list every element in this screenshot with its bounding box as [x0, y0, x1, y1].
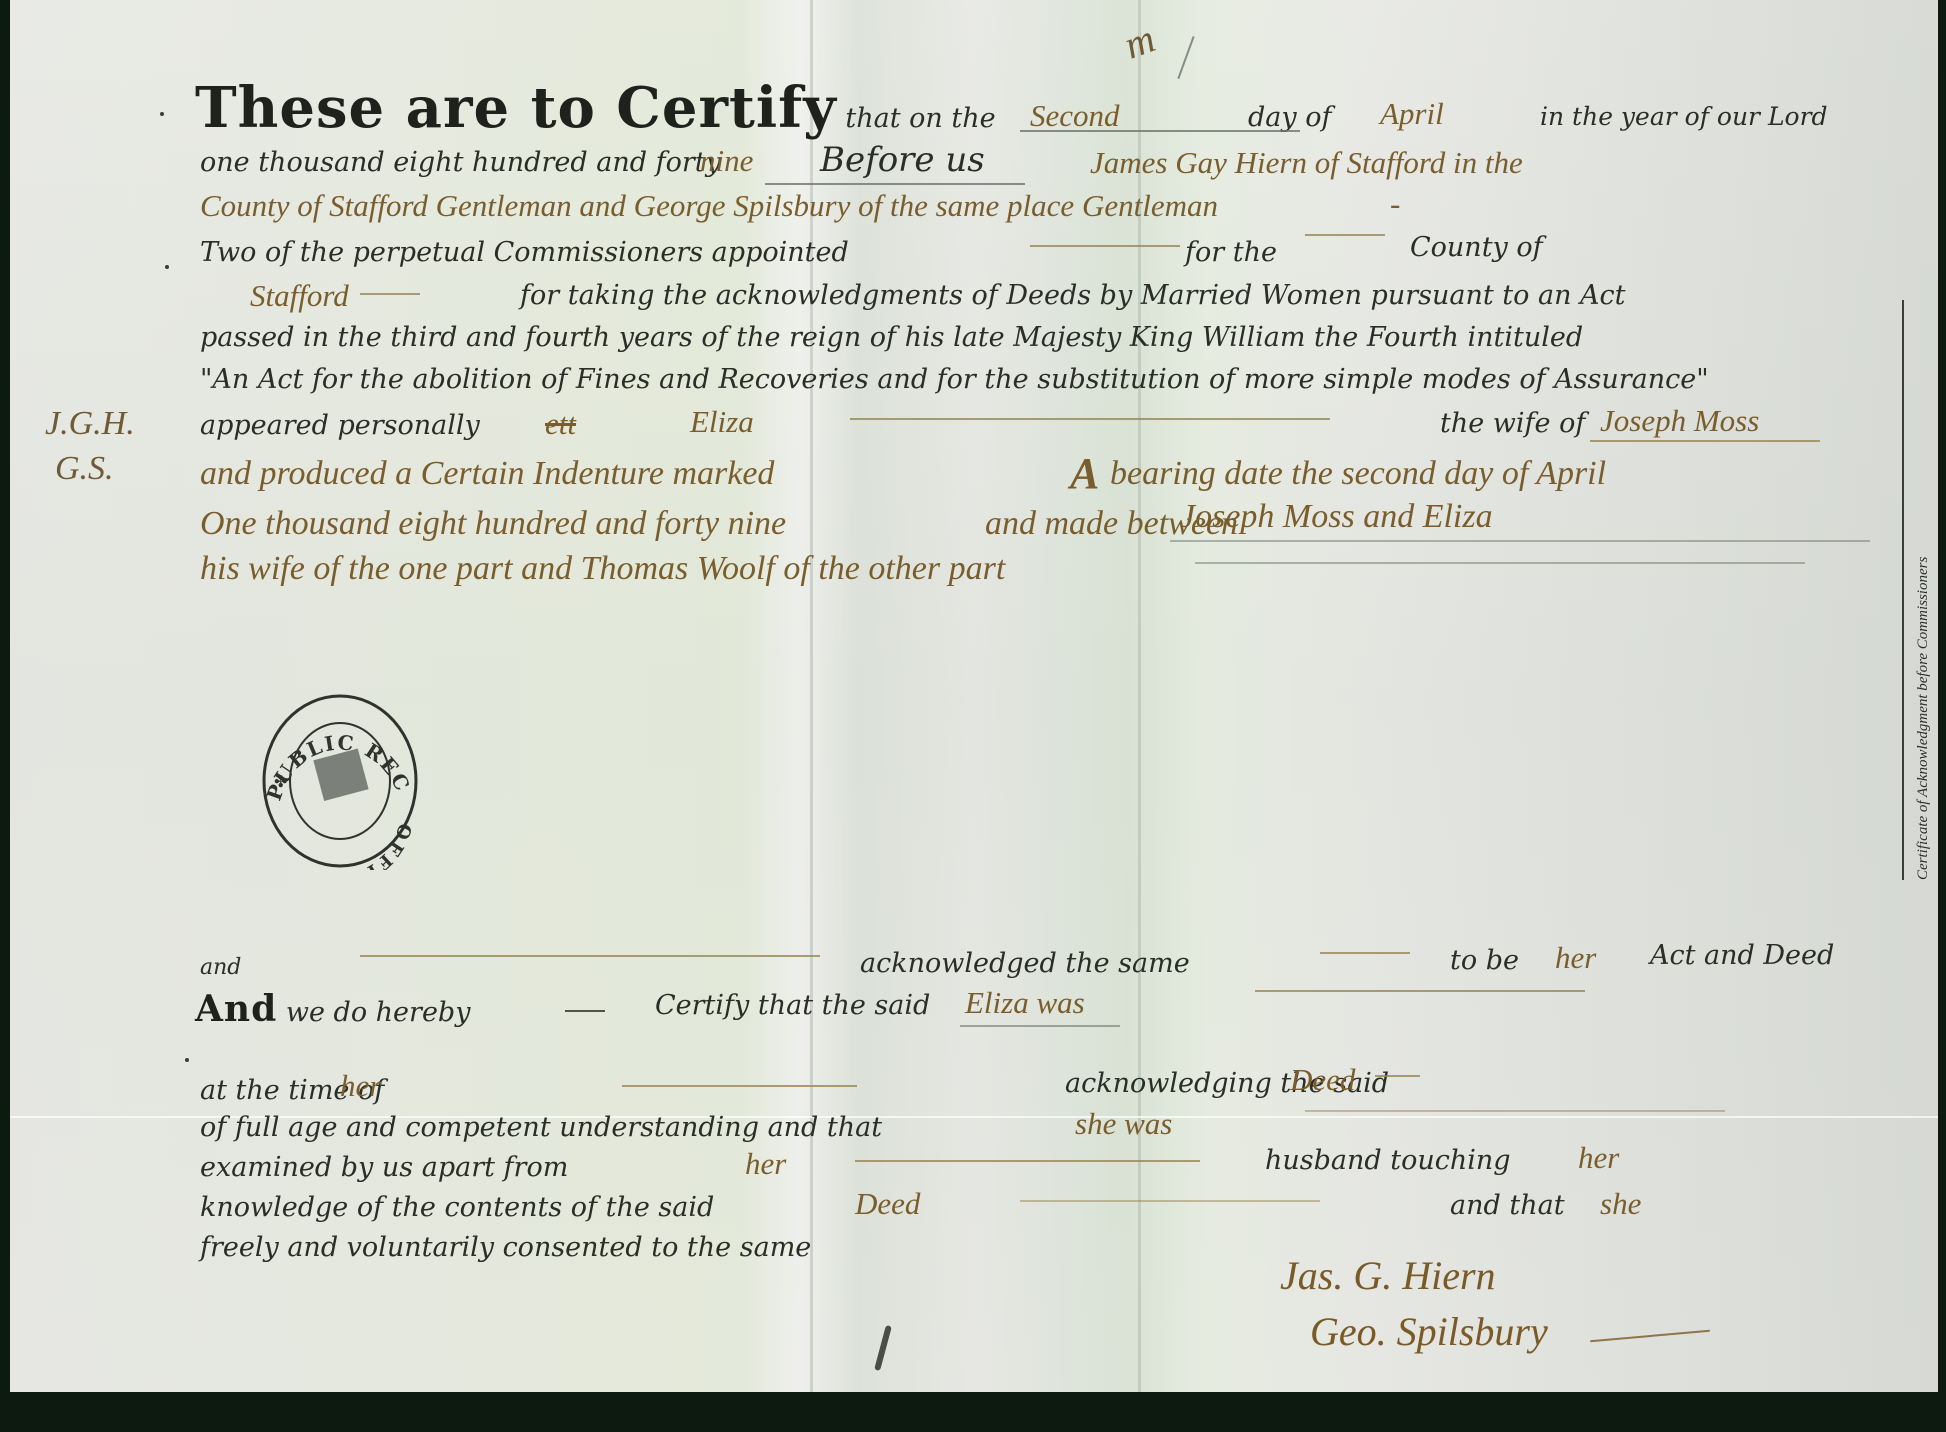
pronoun-field: she — [1600, 1186, 1641, 1222]
blank-line — [1020, 1200, 1320, 1202]
commissioner-field: County of Stafford Gentleman and George … — [200, 188, 1218, 224]
margin-initials: G.S. — [55, 450, 114, 488]
svg-text:✤: ✤ — [274, 772, 287, 791]
text: "An Act for the abolition of Fines and R… — [200, 364, 1709, 395]
wife-name-field: Eliza was — [965, 985, 1085, 1021]
text: and — [200, 955, 241, 980]
blank-line — [1305, 1110, 1725, 1112]
text: appeared personally — [200, 410, 480, 441]
day-field: Second — [1030, 98, 1120, 134]
wife-name-field: Eliza — [690, 404, 754, 440]
text: for the — [1185, 237, 1277, 268]
underline — [1590, 440, 1820, 442]
signature-spilsbury: Geo. Spilsbury — [1310, 1308, 1548, 1355]
blank-line — [1320, 952, 1410, 954]
blank-line — [1375, 1075, 1420, 1077]
pronoun-field: her — [1555, 940, 1596, 976]
pronoun-field: her — [1578, 1140, 1619, 1176]
indenture-date: bearing date the second day of April — [1110, 455, 1606, 493]
and-line: And we do hereby — [195, 988, 470, 1030]
deed-field: Deed — [1290, 1062, 1355, 1098]
pronoun-field: her — [340, 1068, 381, 1104]
text: Before us — [820, 140, 985, 180]
indenture-mark: A — [1070, 448, 1099, 499]
indenture-year: One thousand eight hundred and forty nin… — [200, 505, 786, 543]
text: County of — [1410, 232, 1543, 263]
text: Certify that the said — [655, 990, 930, 1021]
blank-line — [1195, 562, 1805, 564]
parties-text: his wife of the one part and Thomas Wool… — [200, 550, 1005, 588]
stamp-text: OFFICE — [330, 820, 416, 870]
parties-field: Joseph Moss and Eliza — [1180, 498, 1493, 536]
certificate-heading: These are to Certify — [195, 75, 837, 141]
county-field: Stafford — [250, 278, 349, 314]
blank-line — [1030, 245, 1180, 247]
blank-line — [622, 1085, 857, 1087]
document-paper: m These are to Certify that on the Secon… — [10, 0, 1938, 1392]
underline — [1020, 130, 1300, 132]
pronoun-field: she was — [1075, 1106, 1172, 1142]
signature-hiern: Jas. G. Hiern — [1280, 1252, 1496, 1299]
text: acknowledged the same — [860, 948, 1190, 979]
ink-dot — [165, 265, 169, 269]
text: we do hereby — [286, 997, 471, 1028]
folio-mark — [874, 1325, 892, 1371]
husband-name-field: Joseph Moss — [1600, 403, 1759, 439]
text: the wife of — [1440, 408, 1585, 439]
blank-line — [1305, 234, 1385, 236]
svg-text:OFFICE: OFFICE — [330, 820, 416, 870]
text: day of — [1248, 102, 1331, 133]
blank-line — [360, 955, 820, 957]
endorsement-rule — [1902, 300, 1904, 880]
text: passed in the third and fourth years of … — [200, 322, 1583, 353]
blank-line — [1170, 540, 1870, 542]
ink-dot — [185, 1058, 189, 1062]
heading-line: These are to Certify that on the — [195, 75, 996, 141]
year-field: nine — [700, 143, 753, 179]
text: one thousand eight hundred and forty — [200, 147, 721, 178]
ink-dot — [160, 112, 164, 116]
endorsement-text: Certificate of Acknowledgment before Com… — [1915, 557, 1932, 880]
blank-line — [360, 293, 420, 295]
indenture-text: and produced a Certain Indenture marked — [200, 455, 774, 493]
text: - — [1390, 186, 1400, 222]
text: Act and Deed — [1650, 940, 1834, 971]
margin-initials: J.G.H. — [45, 405, 135, 443]
blank-line — [855, 1160, 1200, 1162]
text: freely and voluntarily consented to the … — [200, 1232, 811, 1263]
text: in the year of our Lord — [1540, 102, 1828, 131]
text: examined by us apart from — [200, 1152, 568, 1183]
text: knowledge of the contents of the said — [200, 1192, 714, 1223]
blank-line — [850, 418, 1330, 420]
month-field: April — [1380, 96, 1444, 132]
deed-field: Deed — [855, 1186, 920, 1222]
text: and that — [1450, 1190, 1565, 1221]
text: Two of the perpetual Commissioners appoi… — [200, 237, 849, 268]
public-record-office-stamp: PUBLIC RECORD OFFICE ✤ — [260, 692, 420, 870]
text: of full age and competent understanding … — [200, 1112, 882, 1143]
blank-line — [1255, 990, 1585, 992]
text: that on the — [845, 103, 995, 134]
check-mark — [1177, 36, 1194, 79]
pronoun-field: her — [745, 1146, 786, 1182]
struck-text: ett — [545, 406, 576, 442]
signature-flourish — [1590, 1330, 1710, 1342]
text: to be — [1450, 945, 1519, 976]
dash — [565, 1010, 605, 1012]
commissioner-field: James Gay Hiern of Stafford in the — [1090, 145, 1523, 181]
underline — [960, 1025, 1120, 1027]
annotation-top: m — [1118, 14, 1161, 68]
text: for taking the acknowledgments of Deeds … — [520, 280, 1626, 311]
underline — [765, 183, 1025, 185]
and-heading: And — [195, 988, 277, 1030]
text: husband touching — [1265, 1145, 1511, 1176]
